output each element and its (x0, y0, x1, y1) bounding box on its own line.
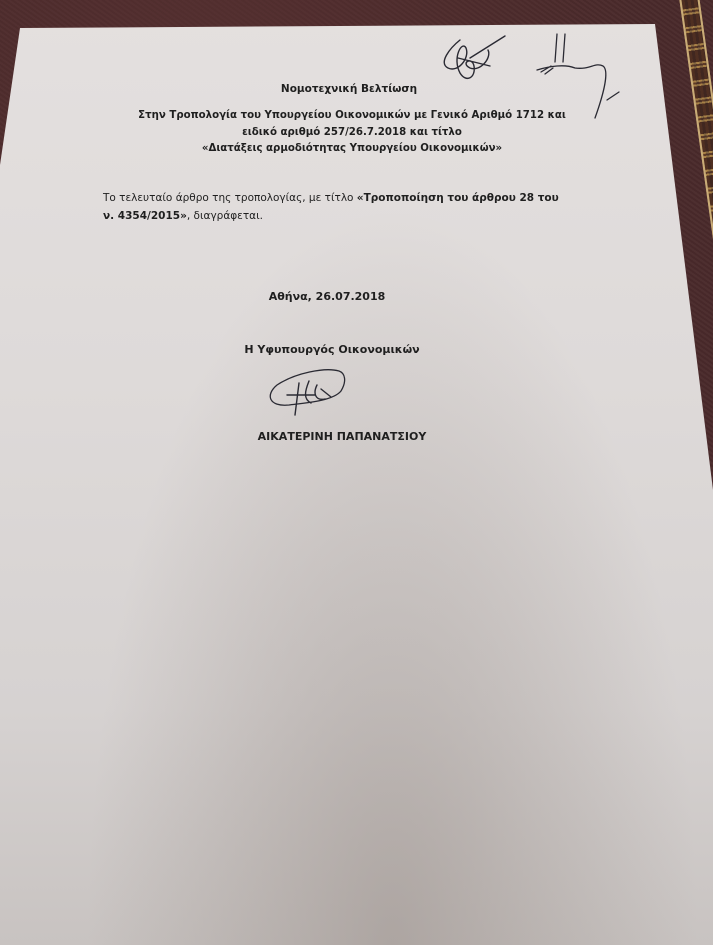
signatory-name: ΑΙΚΑΤΕΡΙΝΗ ΠΑΠΑΝΑΤΣΙΟΥ (258, 430, 427, 443)
body-paragraph-line-2: ν. 4354/2015», διαγράφεται. (103, 210, 263, 222)
place-date: Αθήνα, 26.07.2018 (269, 290, 386, 303)
signatory-role: Η Υφυπουργός Οικονομικών (244, 343, 419, 356)
body-paragraph-line-1: Το τελευταίο άρθρο της τροπολογίας, με τ… (103, 192, 559, 204)
body-text: Το τελευταίο άρθρο της τροπολογίας, με τ… (103, 192, 357, 204)
initials-signature-top-right (535, 30, 625, 120)
document-title: Νομοτεχνική Βελτίωση (281, 83, 417, 95)
amendment-title-part-2: ν. 4354/2015» (103, 210, 187, 222)
body-text-suffix: , διαγράφεται. (187, 210, 263, 222)
signatory-signature (265, 365, 355, 425)
subtitle-line-2: ειδικό αριθμό 257/26.7.2018 και τίτλο (242, 127, 462, 138)
subtitle-line-1: Στην Τροπολογία του Υπουργείου Οικονομικ… (138, 110, 566, 121)
document-page (0, 0, 713, 945)
amendment-title-part-1: «Τροποποίηση του άρθρου 28 του (357, 192, 559, 204)
subtitle-line-3: «Διατάξεις αρμοδιότητας Υπουργείου Οικον… (202, 143, 502, 154)
initials-signature-top-left (430, 28, 520, 88)
